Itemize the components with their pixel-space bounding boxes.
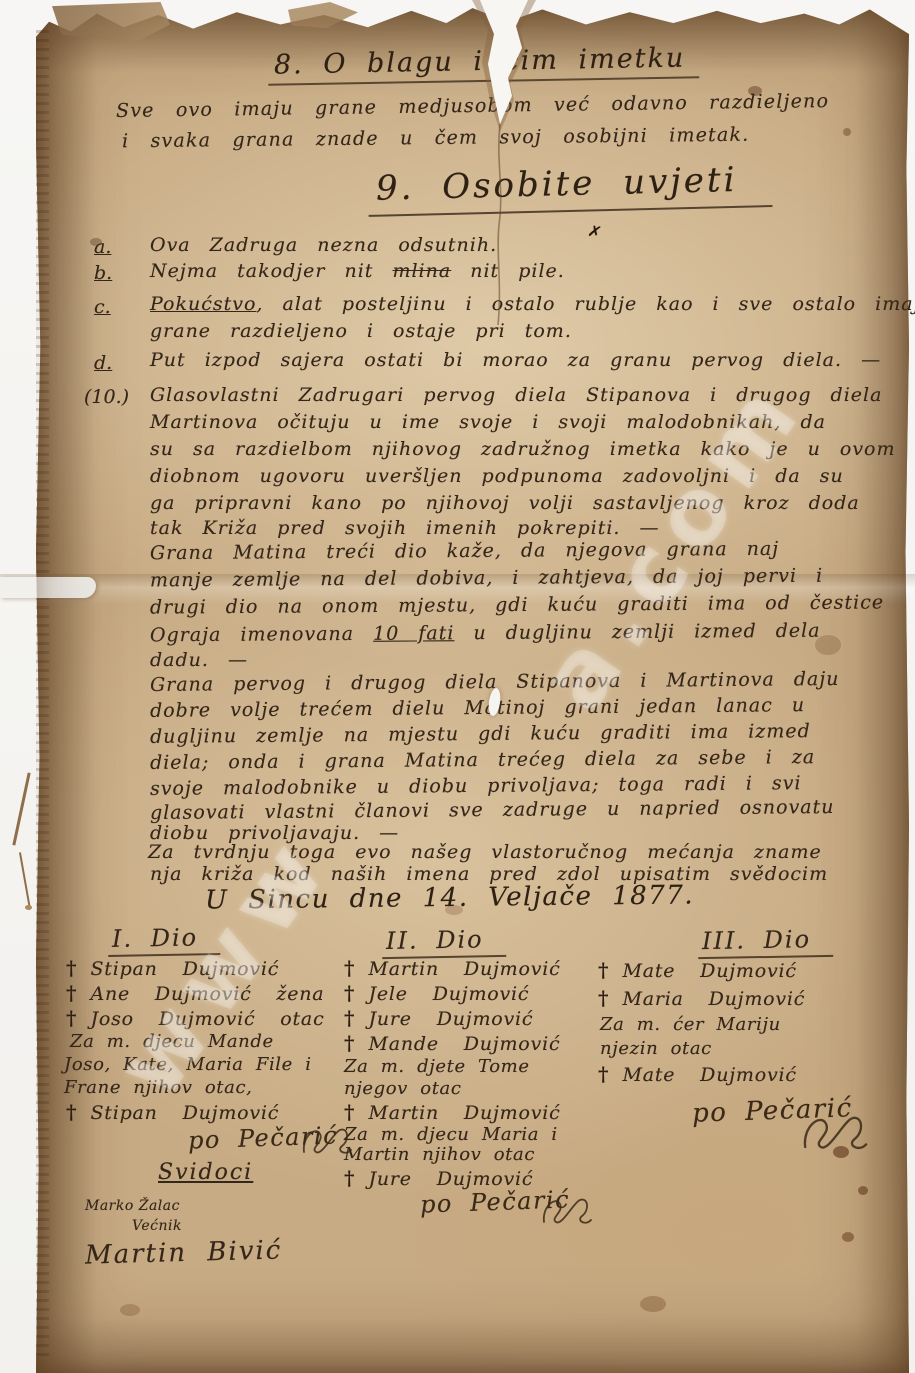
place-date-line: U Sincu dne 14. Veljače 1877. [205,880,694,915]
signatory-name: Jure Dujmović [368,1008,533,1030]
signature-row: †Stipan Dujmović [66,956,279,980]
signatory-name: Maria Dujmović [622,988,805,1010]
signature-row: †Jure Dujmović [344,1006,533,1030]
signatory-name: Martin Dujmović [368,1102,560,1124]
signatory-name: Stipan Dujmović [90,1102,279,1124]
text-line: dadu. — [150,649,248,671]
cross-mark: † [598,958,608,982]
cross-mark: † [66,981,76,1005]
closing-line: Za tvrdnju toga evo našeg vlastoručnog m… [148,841,822,863]
line-pre: Ograja imenovana [150,623,373,647]
signatory-name: Jele Dujmović [368,983,529,1005]
text-line: Martinova očituju u ime svoje i svoji ma… [150,411,826,433]
signatory-name: Stipan Dujmović [90,958,279,980]
witness-title: Većnik [132,1218,182,1234]
cross-mark: † [66,956,76,980]
cross-mark: † [344,1100,354,1124]
guardian-note: Za m. ćer Mariju [600,1014,781,1035]
guardian-note: Frane njihov otac, [64,1077,252,1098]
crossout-mark: ✗ [586,221,604,243]
text-line: dugljinu zemlje na mjestu gdi kuću gradi… [150,720,811,748]
signature-row: †Stipan Dujmović [66,1100,279,1124]
signature-row: †Maria Dujmović [598,986,805,1010]
item-b-pre: Nejma takodjer nit [150,260,392,282]
signature-row: †Mate Dujmović [598,958,797,982]
item-label-a: a. [94,236,111,258]
guardian-note: Za m. djecu Maria i [344,1124,558,1145]
section-9-heading: 9. Osobite uvjeti [367,159,772,217]
guardian-note: Joso, Kate, Maria File i [64,1054,312,1075]
text-line: dobre volje trećem dielu Matinoj grani j… [150,694,805,722]
text-line: drugi dio na onom mjestu, gdi kuću gradi… [150,591,884,618]
paraph-flourish [540,1192,594,1232]
witnesses-heading: Svidoci [158,1160,253,1185]
column-3-header: III. Dio [698,925,834,959]
text-line: diobnom ugovoru uveršljen podpunoma zado… [150,465,844,487]
cross-mark: † [66,1100,76,1124]
signature-row: †Joso Dujmović otac [66,1006,325,1030]
item-c-rest: , alat posteljinu i ostalo rublje kao i … [256,293,915,315]
item-label-d: d. [94,352,112,374]
signatory-name: Joso Dujmović otac [90,1008,324,1030]
guardian-note: njegov otac [344,1078,462,1099]
guardian-note: Za m. djecu Mande [70,1031,274,1052]
signature-row: †Mande Dujmović [344,1031,560,1055]
signature-row: †Martin Dujmović [344,1100,561,1124]
text-line: diela; onda i grana Matina trećeg diela … [150,746,815,774]
item-c-underlined-word: Pokućstvo [150,293,256,315]
cross-mark: † [344,956,354,980]
text-line: svoje malodobnike u diobu privoljava; to… [150,772,802,800]
text-line: Ograja imenovana 10 fati u dugljinu zeml… [150,620,821,647]
text-line: Glasovlastni Zadrugari pervog diela Stip… [150,384,882,406]
signature-row: †Martin Dujmović [344,956,561,980]
item-label-10: (10.) [84,386,129,408]
cross-mark: † [344,1031,354,1055]
guardian-note: Martin njihov otac [344,1144,535,1165]
guardian-note: njezin otac [600,1038,712,1059]
item-label-b: b. [94,262,112,284]
signature-row: †Mate Dujmović [598,1062,797,1086]
text-line: ga pripravni kano po njihovoj volji sast… [150,492,860,514]
text-line: manje zemlje na del dobiva, i zahtjeva, … [150,565,823,592]
text-line: Grana Matina treći dio kaže, da njegova … [150,538,779,564]
signatory-name: Mate Dujmović [622,1064,796,1086]
cross-mark: † [598,986,608,1010]
signature-row: †Ane Dujmović žena [66,981,324,1005]
cross-mark: † [344,1166,354,1190]
paraph-flourish [300,1122,354,1162]
signatory-name: Mande Dujmović [368,1033,560,1055]
signatory-name: Martin Dujmović [368,958,560,980]
cross-mark: † [344,1006,354,1030]
guardian-note: Za m. djete Tome [344,1056,530,1077]
item-a-text: Ova Zadruga nezna odsutnih. [150,234,497,256]
intro-line: i svaka grana znade u čem svoj osobijni … [122,124,750,153]
paraph-flourish [800,1108,870,1160]
signatory-name: Mate Dujmović [622,960,796,982]
column-1-header: I. Dio [108,923,221,957]
scanned-document: 8. O blagu i ćim imetku Sve ovo imaju gr… [0,0,915,1373]
cross-mark: † [66,1006,76,1030]
signature-row: †Jure Dujmović [344,1166,533,1190]
item-b-struck-word: mlina [392,260,451,282]
text-line: su sa razdielbom njihovog zadružnog imet… [150,438,896,460]
signatory-name: Ane Dujmović žena [90,983,324,1005]
cross-mark: † [344,981,354,1005]
text-line: tak Križa pred svojih imenih pokrepiti. … [150,517,660,539]
line-post: u dugljinu zemlji izmed dela [454,620,820,645]
item-d-text: Put izpod sajera ostati bi morao za gran… [150,349,881,371]
witness-signature: Martin Bivić [85,1235,283,1270]
column-2-header: II. Dio [382,925,506,959]
signature-row: †Jele Dujmović [344,981,529,1005]
item-label-c: c. [94,296,111,318]
underlined-measure: 10 fati [373,622,454,645]
witness-name: Marko Žalac [85,1198,180,1214]
cross-mark: † [598,1062,608,1086]
paper-tear [450,0,560,330]
text-line: glasovati vlastni članovi sve zadruge u … [150,796,835,824]
